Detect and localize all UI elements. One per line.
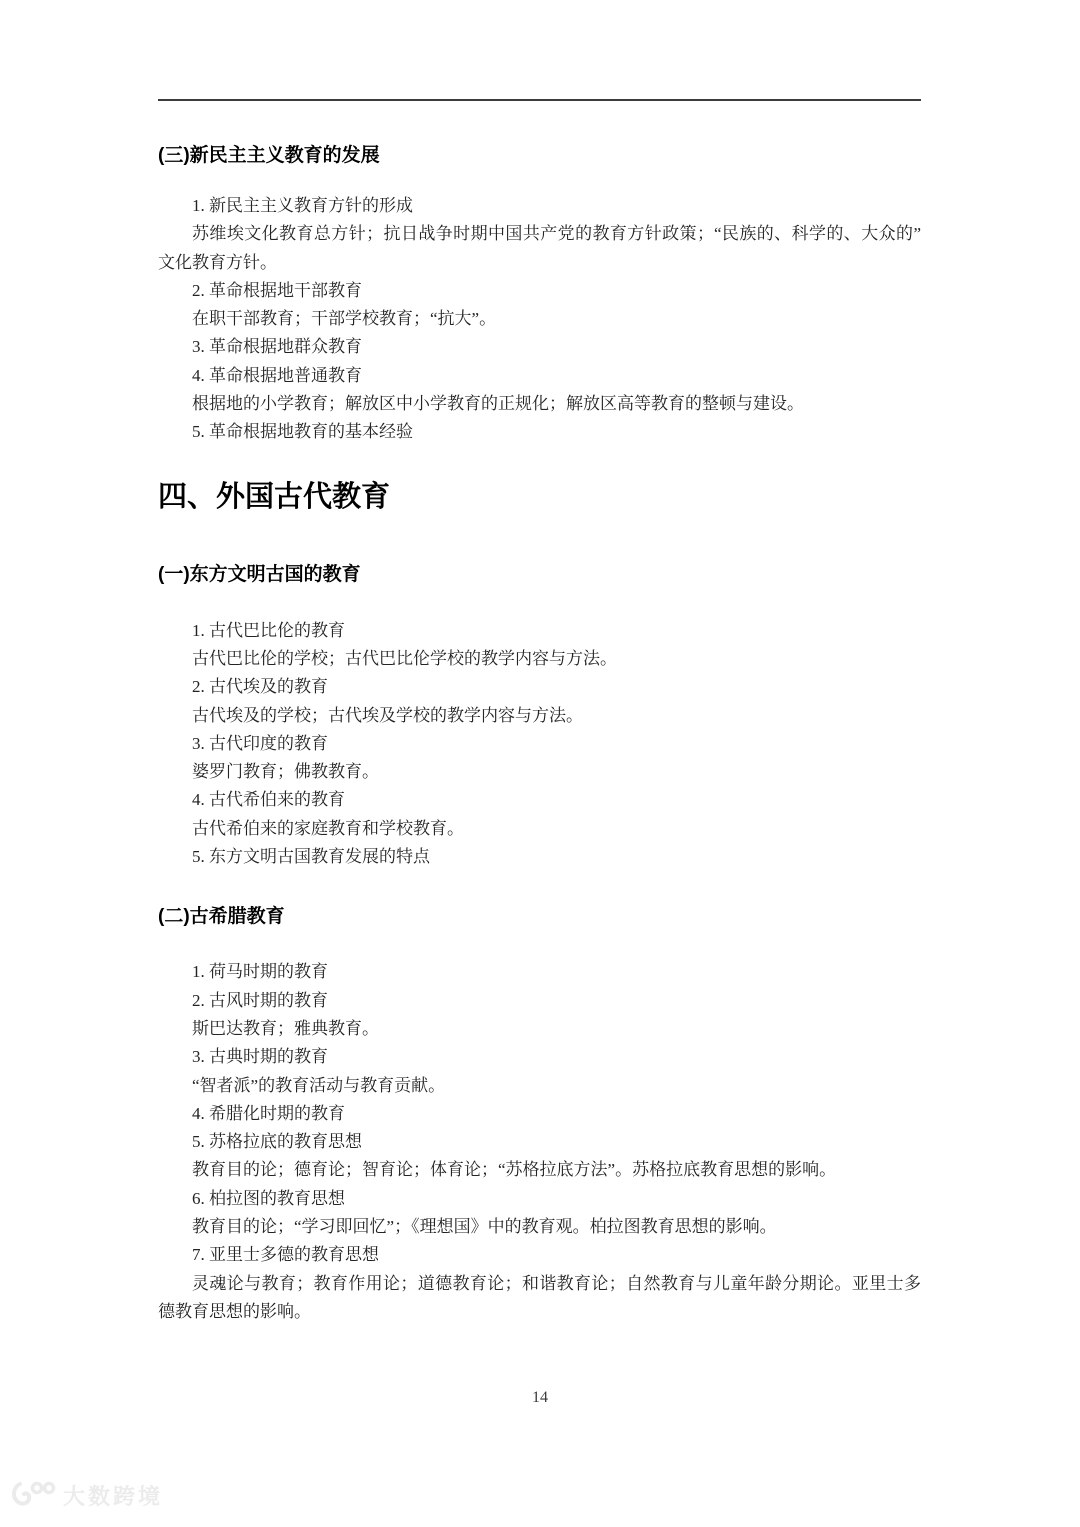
paragraph: 5. 苏格拉底的教育思想 (158, 1128, 921, 1156)
paragraph: 教育目的论；德育论；智育论；体育论；“苏格拉底方法”。苏格拉底教育思想的影响。 (158, 1156, 921, 1184)
paragraph: 1. 荷马时期的教育 (158, 958, 921, 986)
paragraph: 6. 柏拉图的教育思想 (158, 1185, 921, 1213)
document-page: (三)新民主主义教育的发展1. 新民主主义教育方针的形成苏维埃文化教育总方针；抗… (0, 0, 1080, 1527)
paragraph: 斯巴达教育；雅典教育。 (158, 1015, 921, 1043)
paragraph: 婆罗门教育；佛教教育。 (158, 758, 921, 786)
paragraph: 1. 古代巴比伦的教育 (158, 617, 921, 645)
paragraph: 2. 古风时期的教育 (158, 987, 921, 1015)
paragraph: 在职干部教育；干部学校教育；“抗大”。 (158, 305, 921, 333)
header-rule (158, 99, 921, 101)
paragraph: 5. 东方文明古国教育发展的特点 (158, 843, 921, 871)
section-heading: (一)东方文明古国的教育 (158, 562, 921, 588)
paragraph: 教育目的论；“学习即回忆”；《理想国》中的教育观。柏拉图教育思想的影响。 (158, 1213, 921, 1241)
paragraph: 2. 古代埃及的教育 (158, 673, 921, 701)
paragraph: 2. 革命根据地干部教育 (158, 277, 921, 305)
paragraph: 3. 古典时期的教育 (158, 1043, 921, 1071)
paragraph: 4. 古代希伯来的教育 (158, 786, 921, 814)
paragraph: 3. 古代印度的教育 (158, 730, 921, 758)
paragraph: 灵魂论与教育；教育作用论；道德教育论；和谐教育论；自然教育与儿童年龄分期论。亚里… (158, 1270, 921, 1327)
watermark: 大数跨境 (10, 1479, 163, 1511)
paragraph: 根据地的小学教育；解放区中小学教育的正规化；解放区高等教育的整顿与建设。 (158, 390, 921, 418)
page-number: 14 (0, 1384, 1080, 1412)
paragraph: “智者派”的教育活动与教育贡献。 (158, 1072, 921, 1100)
paragraph: 1. 新民主主义教育方针的形成 (158, 192, 921, 220)
chapter-heading: 四、外国古代教育 (158, 478, 921, 516)
paragraph: 7. 亚里士多德的教育思想 (158, 1241, 921, 1269)
paragraph: 古代埃及的学校；古代埃及学校的教学内容与方法。 (158, 702, 921, 730)
paragraph: 古代巴比伦的学校；古代巴比伦学校的教学内容与方法。 (158, 645, 921, 673)
paragraph: 3. 革命根据地群众教育 (158, 333, 921, 361)
watermark-text: 大数跨境 (63, 1480, 163, 1511)
document-body: (三)新民主主义教育的发展1. 新民主主义教育方针的形成苏维埃文化教育总方针；抗… (158, 0, 921, 1326)
paragraph: 4. 革命根据地普通教育 (158, 362, 921, 390)
paragraph: 古代希伯来的家庭教育和学校教育。 (158, 815, 921, 843)
paragraph: 4. 希腊化时期的教育 (158, 1100, 921, 1128)
paragraph: 5. 革命根据地教育的基本经验 (158, 418, 921, 446)
section-heading: (二)古希腊教育 (158, 904, 921, 930)
section-heading: (三)新民主主义教育的发展 (158, 143, 921, 169)
watermark-logo-icon (10, 1479, 56, 1511)
paragraph: 苏维埃文化教育总方针；抗日战争时期中国共产党的教育方针政策；“民族的、科学的、大… (158, 220, 921, 277)
